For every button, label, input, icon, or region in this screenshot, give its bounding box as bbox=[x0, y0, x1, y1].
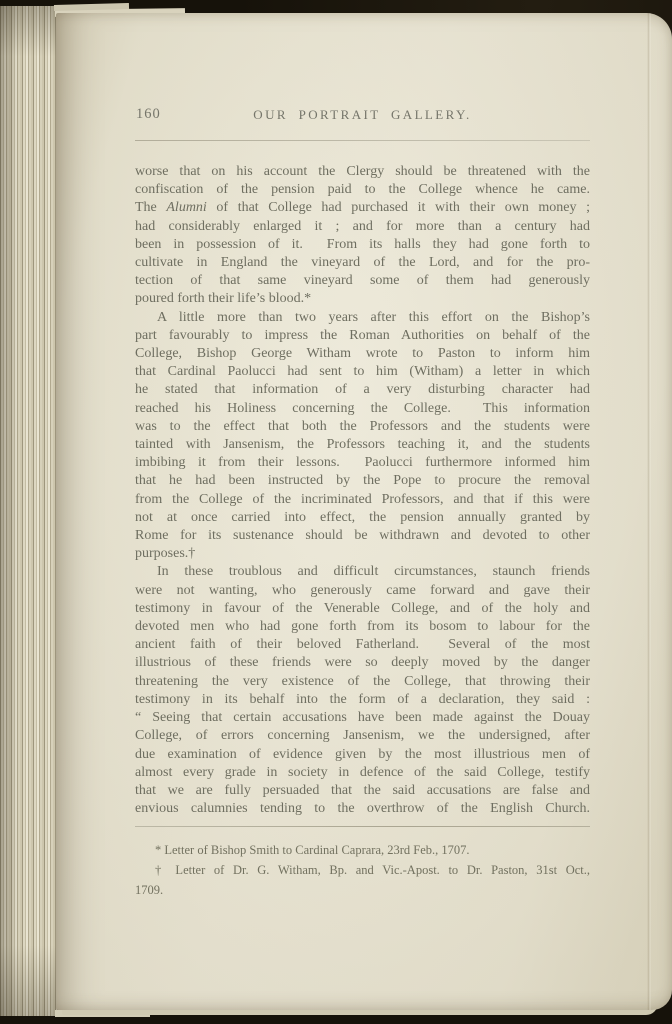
text-line: poured forth their life’s blood.* bbox=[135, 290, 590, 308]
paragraph: In these troublous and difficult circums… bbox=[135, 563, 590, 818]
text-line: that Cardinal Paolucci had sent to him (… bbox=[135, 363, 590, 381]
text-line: from the College of the incriminated Pro… bbox=[135, 491, 590, 509]
text-line: reached his Holiness concerning the Coll… bbox=[135, 400, 590, 418]
book-page: 160 OUR PORTRAIT GALLERY. worse that on … bbox=[56, 13, 672, 1010]
text-line: cultivate in England the vineyard of the… bbox=[135, 254, 590, 272]
text-line: In these troublous and difficult circums… bbox=[135, 563, 590, 581]
text-line: imbibing it from their lessons. Paolucci… bbox=[135, 454, 590, 472]
running-title: OUR PORTRAIT GALLERY. bbox=[135, 105, 590, 123]
text-line: was to the effect that both the Professo… bbox=[135, 418, 590, 436]
text-line: tainted with Jansenism, the Professors t… bbox=[135, 436, 590, 454]
text-line: “ Seeing that certain accusations have b… bbox=[135, 709, 590, 727]
footnote-line: * Letter of Bishop Smith to Cardinal Cap… bbox=[135, 840, 590, 860]
text-line: confiscation of the pension paid to the … bbox=[135, 181, 590, 199]
footnote-line: 1709. bbox=[135, 880, 590, 900]
book-photo-background: 160 OUR PORTRAIT GALLERY. worse that on … bbox=[0, 0, 672, 1024]
text-line: part favourably to impress the Roman Aut… bbox=[135, 327, 590, 345]
text-line: been in possession of it. From its halls… bbox=[135, 236, 590, 254]
footnote-line: † Letter of Dr. G. Witham, Bp. and Vic.-… bbox=[135, 860, 590, 880]
text-line: testimony in its behalf into the form of… bbox=[135, 691, 590, 709]
text-line: College, of errors concerning Jansenism,… bbox=[135, 727, 590, 745]
footnote-area: * Letter of Bishop Smith to Cardinal Cap… bbox=[135, 840, 590, 900]
text-line: purposes.† bbox=[135, 545, 590, 563]
text-line: not at once carried into effect, the pen… bbox=[135, 509, 590, 527]
italic-text: Alumni bbox=[166, 200, 206, 215]
text-line: had considerably enlarged it ; and for m… bbox=[135, 218, 590, 236]
text-line: The Alumni of that College had purchased… bbox=[135, 199, 590, 217]
footnote-rule bbox=[135, 826, 590, 827]
text-line: he stated that information of a very dis… bbox=[135, 381, 590, 399]
text-line: ancient faith of their beloved Fatherlan… bbox=[135, 636, 590, 654]
text-line: that he had been instructed by the Pope … bbox=[135, 472, 590, 490]
header-rule bbox=[135, 140, 590, 141]
paragraph: A little more than two years after this … bbox=[135, 309, 590, 564]
text-line: College, Bishop George Witham wrote to P… bbox=[135, 345, 590, 363]
paragraph: worse that on his account the Clergy sho… bbox=[135, 163, 590, 309]
text-line: almost every grade in society in defence… bbox=[135, 764, 590, 782]
text-line: Rome for its sustenance should be withdr… bbox=[135, 527, 590, 545]
text-line: threatening the very existence of the Co… bbox=[135, 673, 590, 691]
page-crease bbox=[647, 13, 651, 1010]
text-line: envious calumnies tending to the overthr… bbox=[135, 800, 590, 818]
text-line: devoted men who had gone forth from its … bbox=[135, 618, 590, 636]
text-line: that we are fully persuaded that the sai… bbox=[135, 782, 590, 800]
text-line: were not wanting, who generously came fo… bbox=[135, 582, 590, 600]
text-line: testimony in favour of the Venerable Col… bbox=[135, 600, 590, 618]
text-line: due examination of evidence given by the… bbox=[135, 746, 590, 764]
page-edge-stack bbox=[0, 6, 57, 1016]
text-line: A little more than two years after this … bbox=[135, 309, 590, 327]
text-line: illustrious of these friends were so dee… bbox=[135, 654, 590, 672]
page-number: 160 bbox=[136, 106, 161, 123]
text-line: tection of that same vineyard some of th… bbox=[135, 272, 590, 290]
text-segment: The bbox=[135, 200, 166, 215]
page-header: 160 OUR PORTRAIT GALLERY. bbox=[135, 105, 590, 125]
text-line: worse that on his account the Clergy sho… bbox=[135, 163, 590, 181]
text-segment: of that College had purchased it with th… bbox=[207, 200, 590, 215]
page-body: worse that on his account the Clergy sho… bbox=[135, 163, 590, 818]
